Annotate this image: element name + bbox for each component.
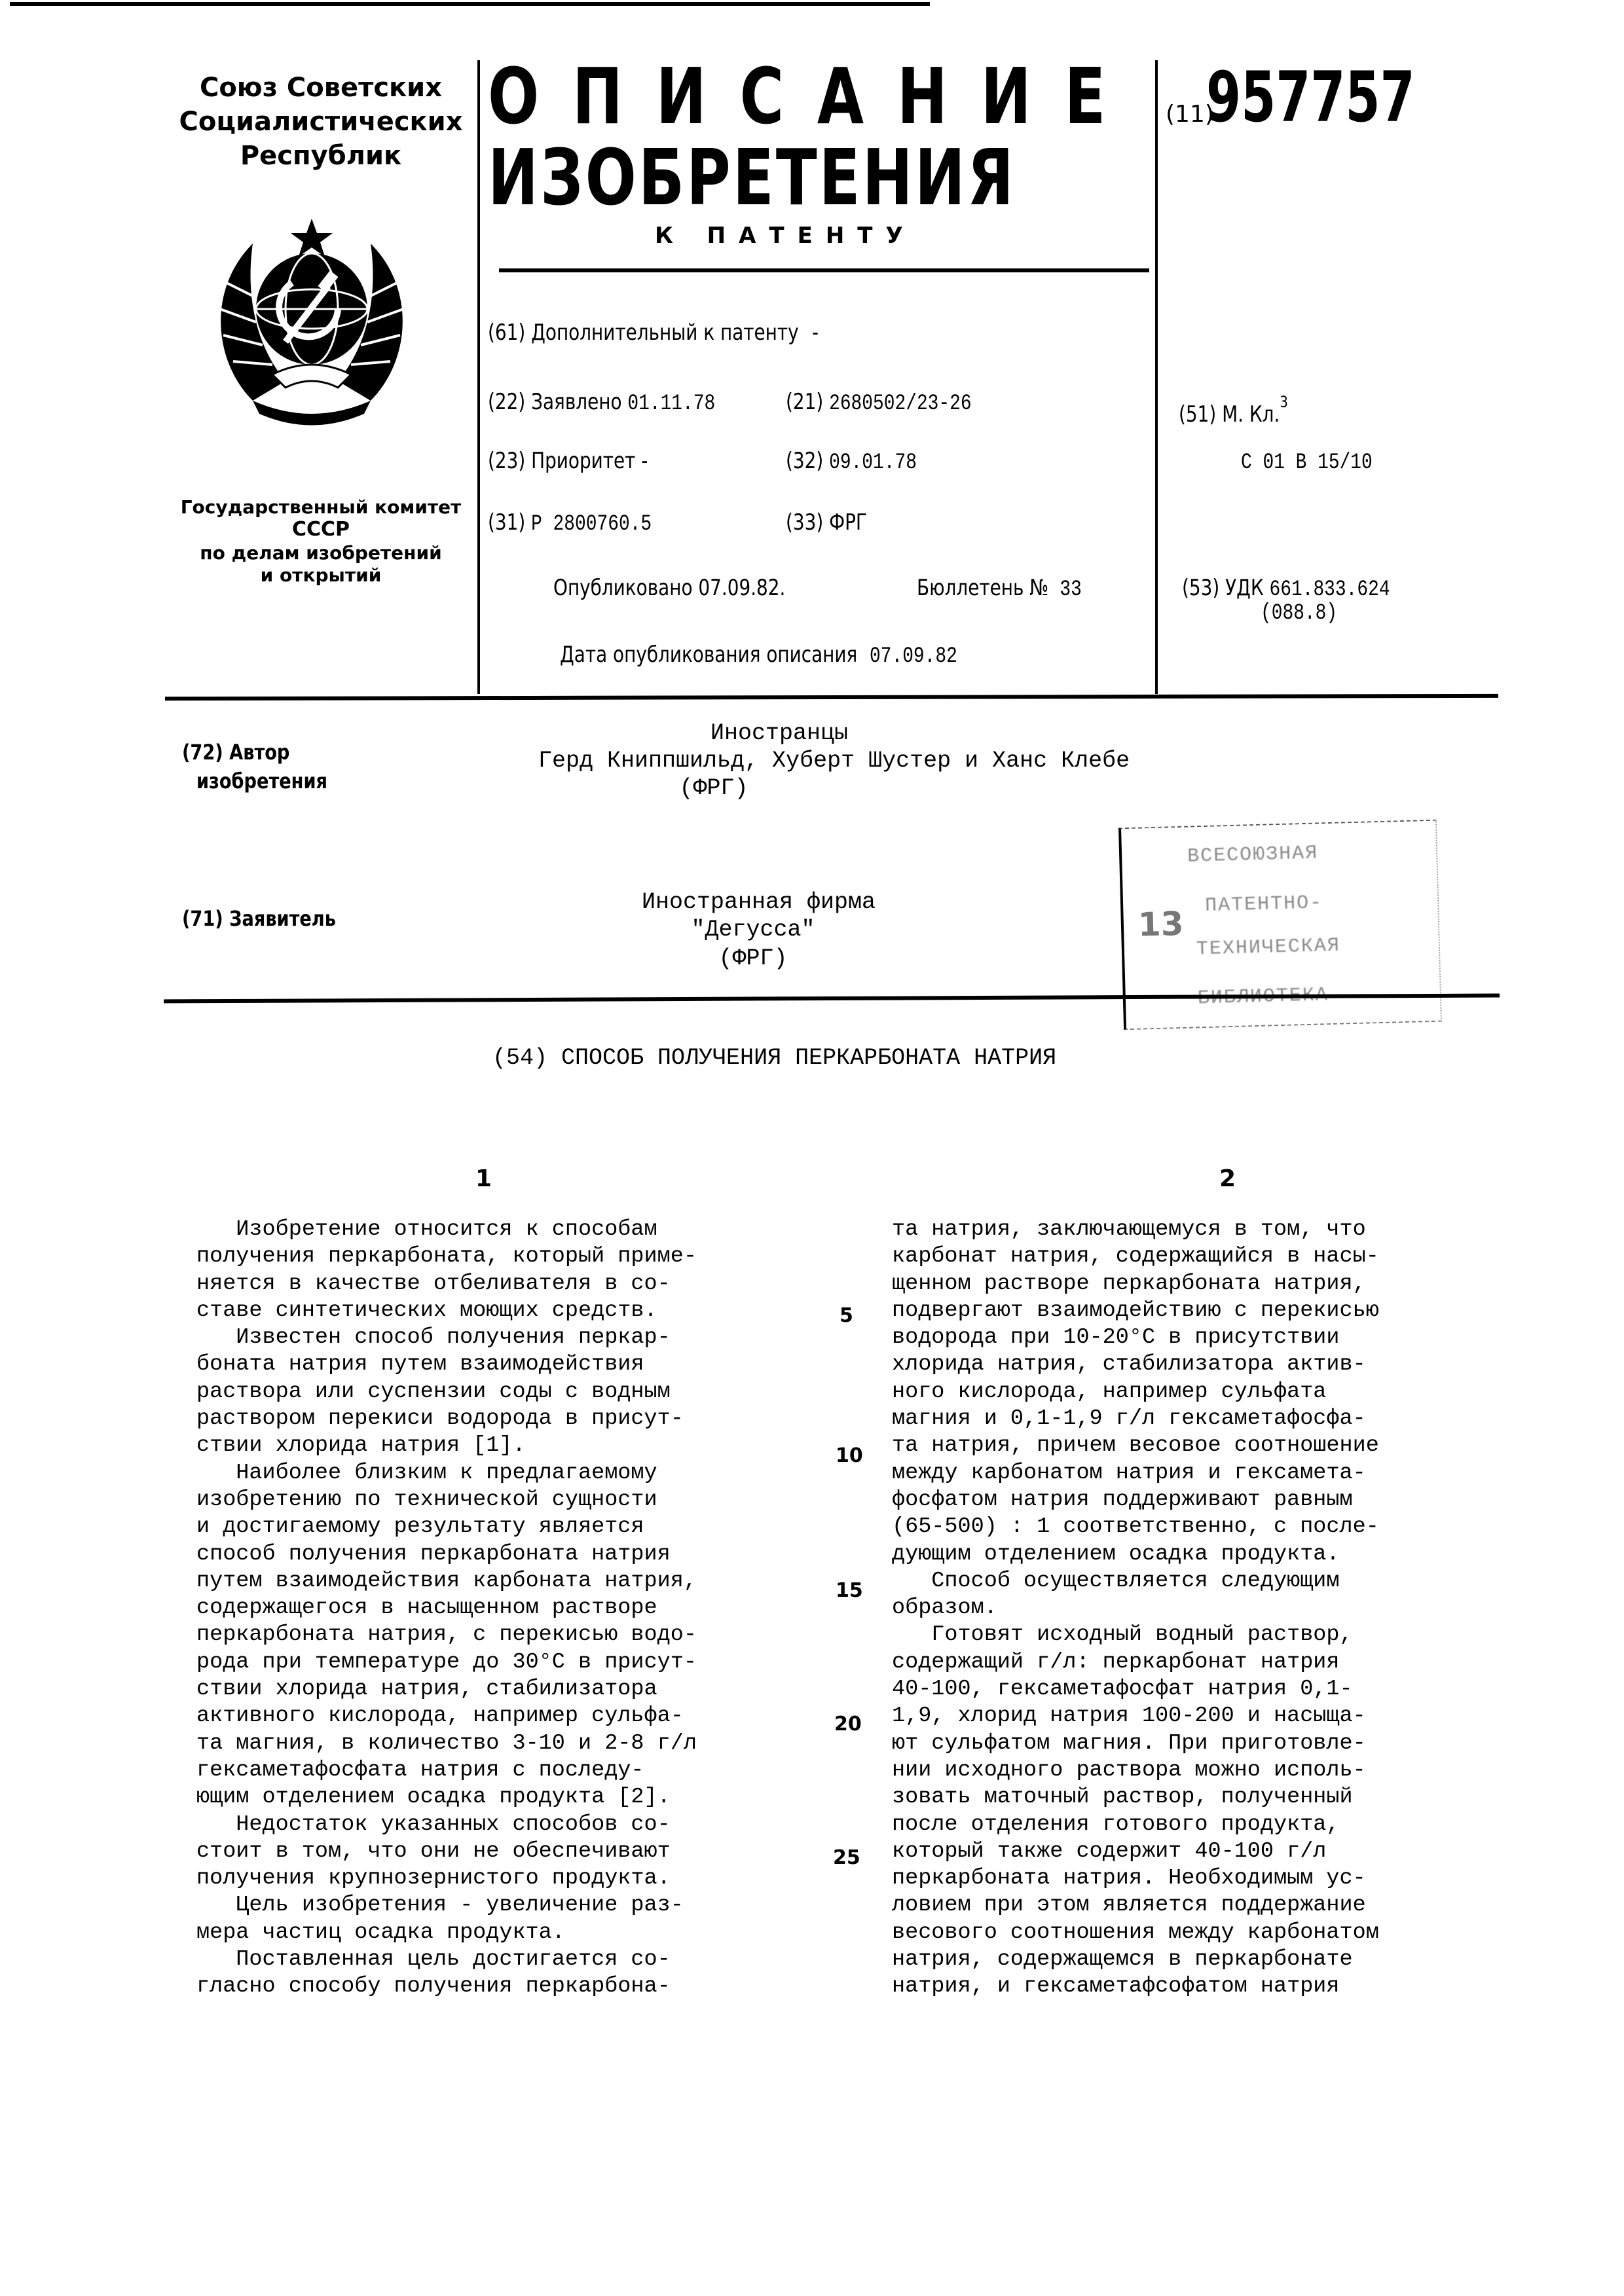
text-line: ствии хлорида натрия, стабилизатора [196,1676,697,1703]
field-22: (22) Заявлено 01.11.78 [488,389,715,417]
description-date: Дата опубликования описания 07.09.82 [560,642,957,670]
text-line: та магния, в количество 3-10 и 2-8 г/л [196,1730,697,1757]
text-line: Цель изобретения - увеличение раз- [196,1892,697,1919]
field-33-code: (33) [786,509,823,536]
field-53-value-2: (088.8) [1261,598,1337,627]
column-number-2: 2 [1219,1165,1236,1192]
text-line: Способ осуществляется следующим [892,1568,1379,1595]
inventor-label-line-1: (72) Автор [182,738,289,766]
field-51-value: С 01 В 15/10 [1241,448,1373,476]
field-22-code: (22) [488,389,525,415]
text-line: зовать маточный раствор, полученный [892,1784,1379,1811]
field-23-code: (23) [488,448,525,474]
committee-line-1: Государственный комитет [164,496,478,518]
text-line: Наиболее близким к предлагаемому [196,1460,697,1487]
text-line: получения перкарбоната, который приме- [196,1243,697,1270]
country-name-line-2: Социалистических [164,106,478,137]
text-line: 1,9, хлорид натрия 100-200 и насыща- [892,1703,1379,1730]
text-line: ставе синтетических моющих средств. [196,1298,697,1324]
field-22-label: Заявлено [531,389,621,415]
text-line: Поставленная цель достигается со- [196,1946,697,1973]
field-22-value: 01.11.78 [627,392,715,416]
text-line: та натрия, причем весовое соотношение [892,1432,1379,1459]
field-31: (31) Р 2800760.5 [488,509,652,538]
text-line: ющим отделением осадка продукта [2]. [196,1784,697,1811]
body-column-2: та натрия, заключающемуся в том, чтокарб… [892,1216,1379,2001]
field-32: (32) 09.01.78 [786,448,917,476]
document-subtitle: К ПАТЕНТУ [655,223,916,249]
header-bottom-rule [165,694,1498,701]
text-line: дующим отделением осадка продукта. [892,1541,1379,1568]
text-line: раствором перекиси водорода в присут- [196,1406,697,1432]
field-51-label: М. Кл. [1222,401,1280,428]
text-line: гексаметафосфата натрия с последу- [196,1757,697,1784]
text-line: ловием при этом является поддержание [892,1892,1379,1919]
text-line: путем взаимодействия карбоната натрия, [196,1568,697,1595]
text-line: фосфатом натрия поддерживают равным [892,1487,1379,1514]
document-title-line-2: ИЗОБРЕТЕНИЯ [488,139,1016,216]
text-line: ного кислорода, например сульфата [892,1379,1379,1406]
top-border-rule [10,2,930,6]
field-32-code: (32) [786,448,823,474]
text-line: перкарбоната натрия. Необходимым ус- [892,1865,1379,1892]
country-name-line-3: Республик [164,140,478,172]
published-value: 07.09.82. [698,575,785,601]
text-line: мера частиц осадка продукта. [196,1920,697,1946]
text-line: ют сульфатом магния. При приготовле- [892,1730,1379,1757]
text-line: Недостаток указанных способов со- [196,1812,697,1838]
bulletin-value: 33 [1060,577,1081,602]
udc-suffix: (088.8) [1261,601,1337,626]
text-line: весового соотношения между карбонатом [892,1920,1379,1946]
committee-line-3: по делам изобретений [164,542,478,564]
field-51-code: (51) [1179,401,1216,428]
field-53-code: (53) [1182,575,1219,601]
invention-title: (54) СПОСОБ ПОЛУЧЕНИЯ ПЕРКАРБОНАТА НАТРИ… [492,1045,1056,1071]
text-line: содержащегося в насыщенном растворе [196,1595,697,1622]
inventors-names: Герд Книппшильд, Хуберт Шустер и Ханс Кл… [538,748,1130,774]
ipc-class-value: С 01 В 15/10 [1241,450,1373,475]
country-name-line-1: Союз Советских [164,72,478,103]
text-line: получения крупнозернистого продукта. [196,1865,697,1892]
field-32-value: 09.01.78 [829,450,917,475]
header-divider-right [1155,60,1158,694]
text-line: боната натрия путем взаимодействия [196,1351,697,1378]
applicant-name: "Дегусса" [655,917,851,943]
text-line: Готовят исходный водный раствор, [892,1622,1379,1649]
inventors-nationality: Иностранцы [550,720,1008,746]
field-61-label: Дополнительный к патенту [531,319,799,346]
field-23: (23) Приоритет - [488,448,648,474]
description-date-label: Дата опубликования описания [560,642,857,668]
field-21: (21) 2680502/23-26 [786,389,972,417]
field-33: (33) ФРГ [786,509,867,536]
text-line: натрия, содержащемся в перкарбонате [892,1946,1379,1973]
text-line: стоит в том, что они не обеспечивают [196,1838,697,1865]
line-number-20: 20 [834,1713,862,1736]
header-divider-left [477,60,480,694]
line-number-5: 5 [840,1304,853,1327]
field-33-value: ФРГ [829,509,867,536]
field-21-value: 2680502/23-26 [829,392,972,416]
field-31-value: Р 2800760.5 [531,512,652,537]
text-line: изобретению по технической сущности [196,1487,697,1514]
bulletin: Бюллетень № 33 [917,575,1082,603]
text-line: активного кислорода, например сульфа- [196,1703,697,1730]
text-line: рода при температуре до 30°С в присут- [196,1649,697,1676]
text-line: и достигаемому результату является [196,1514,697,1540]
field-61: (61) Дополнительный к патенту - [488,319,819,346]
published-label: Опубликовано [553,575,693,601]
field-53-label: УДК [1225,575,1264,601]
stamp-line-3: ТЕХНИЧЕСКАЯ [1196,935,1341,961]
stamp-line-2: ПАТЕНТНО- [1205,892,1323,917]
text-line: натрия, и гексаметафсофатом натрия [892,1973,1379,2000]
inventors-country: (ФРГ) [648,775,779,801]
field-51-superscript: 3 [1280,393,1288,411]
text-line: Известен способ получения перкар- [196,1324,697,1351]
committee-line-2: СССР [164,519,478,540]
patent-number-value: 957757 [1206,63,1415,132]
text-line: перкарбоната натрия, с перекисью водо- [196,1622,697,1649]
document-title-line-1: О П И С А Н И Е [488,58,1112,135]
text-line: хлорида натрия, стабилизатора актив- [892,1351,1379,1378]
field-23-value: - [641,448,648,474]
applicant-label: (71) Заявитель [182,905,336,932]
text-line: способ получения перкарбоната натрия [196,1541,697,1568]
field-23-label: Приоритет [531,448,635,474]
field-31-code: (31) [488,509,525,536]
text-line: который также содержит 40-100 г/л [892,1838,1379,1865]
applicant-type: Иностранная фирма [642,889,876,915]
line-number-10: 10 [836,1444,863,1467]
text-line: нии исходного раствора можно исполь- [892,1757,1379,1784]
text-line: 40-100, гексаметафосфат натрия 0,1- [892,1676,1379,1703]
column-number-1: 1 [475,1165,492,1192]
text-line: гласно способу получения перкарбона- [196,1973,697,2000]
text-line: между карбонатом натрия и гексамета- [892,1460,1379,1487]
published: Опубликовано 07.09.82. [553,575,785,601]
line-number-25: 25 [833,1846,860,1869]
ussr-coat-of-arms-icon [207,211,416,427]
field-61-value: - [812,319,819,346]
text-line: после отделения готового продукта, [892,1812,1379,1838]
text-line: водорода при 10-20°С в присутствии [892,1324,1379,1351]
text-line: Изобретение относится к способам [196,1216,697,1243]
applicant-country: (ФРГ) [688,945,819,972]
line-number-15: 15 [836,1579,863,1602]
committee-line-4: и открытий [164,564,478,586]
field-21-code: (21) [786,389,823,415]
text-line: подвергают взаимодействию с перекисью [892,1298,1379,1324]
text-line: раствора или суспензии соды с водным [196,1379,697,1406]
text-line: карбонат натрия, содержащийся в насы- [892,1243,1379,1270]
body-column-1: Изобретение относится к способамполучени… [196,1216,697,2001]
title-underline [499,268,1149,272]
text-line: содержащий г/л: перкарбонат натрия [892,1649,1379,1676]
text-line: (65-500) : 1 соответственно, с после- [892,1514,1379,1540]
text-line: магния и 0,1-1,9 г/л гексаметафосфа- [892,1406,1379,1432]
field-61-code: (61) [488,319,525,346]
text-line: та натрия, заключающемуся в том, что [892,1216,1379,1243]
bulletin-label: Бюллетень № [917,575,1048,601]
inventor-label-line-2: изобретения [196,767,327,795]
text-line: образом. [892,1595,1379,1622]
description-date-value: 07.09.82 [870,644,957,669]
text-line: няется в качестве отбеливателя в со- [196,1271,697,1298]
field-51: (51) М. Кл.3 [1179,389,1288,428]
stamp-line-1: ВСЕСОЮЗНАЯ [1187,842,1319,867]
stamp-number: 13 [1137,905,1184,944]
text-line: ствии хлорида натрия [1]. [196,1432,697,1459]
text-line: щенном растворе перкарбоната натрия, [892,1271,1379,1298]
